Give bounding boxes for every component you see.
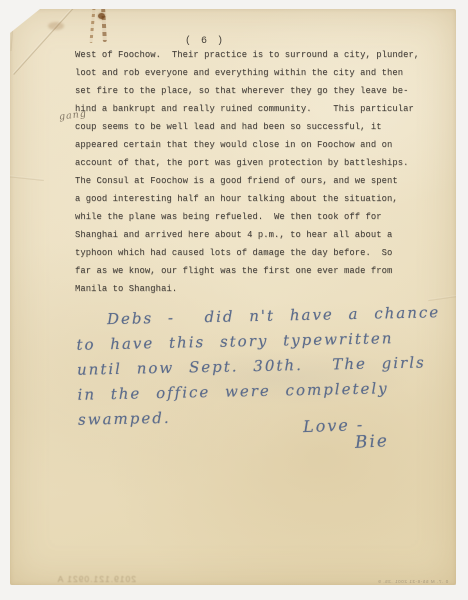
typed-paragraph: West of Foochow. Their practice is to su… — [75, 46, 430, 298]
typed-line: a good interesting half an hour talking … — [75, 190, 430, 208]
fold-crease-top-left — [12, 5, 75, 75]
typed-line: set fire to the place, so that wherever … — [75, 82, 430, 100]
typed-line: far as we know, our flight was the first… — [75, 262, 430, 280]
rust-stain-spot — [98, 13, 105, 19]
rust-stain-trail — [89, 7, 95, 43]
typed-line: while the plane was being refueled. We t… — [75, 208, 430, 226]
typed-line: Manila to Shanghai. — [75, 280, 430, 298]
typed-line: appeared certain that they would close i… — [75, 136, 430, 154]
typed-line: hind a bankrupt and really ruined commun… — [75, 100, 430, 118]
bleed-through-catalog-number: 2019.121.0921 A — [26, 574, 136, 584]
typed-line: Shanghai and arrived here about 4 p.m., … — [75, 226, 430, 244]
rust-stain-spot — [3, 26, 8, 30]
letter-page: ( 6 ) West of Foochow. Their practice is… — [10, 9, 456, 585]
stain-smudge — [48, 22, 64, 30]
crease-left-edge — [6, 175, 44, 181]
typed-line: loot and rob everyone and everything wit… — [75, 64, 430, 82]
signature: Bie — [354, 431, 389, 453]
typed-line: typhoon which had caused lots of damage … — [75, 244, 430, 262]
typed-line: account of that, the port was given prot… — [75, 154, 430, 172]
typed-line: The Consul at Foochow is a good friend o… — [75, 172, 430, 190]
scan-background: ( 6 ) West of Foochow. Their practice is… — [0, 0, 468, 600]
faint-stamp-mark: 0 .7. M 55-8-31 2001 .35. 9 — [370, 579, 456, 584]
typed-line: West of Foochow. Their practice is to su… — [75, 46, 430, 64]
typed-line: coup seems to be well lead and had been … — [75, 118, 430, 136]
handwritten-note: Debs - did n't have a chanceto have this… — [76, 300, 439, 433]
crease-bottom-left — [9, 9, 15, 51]
